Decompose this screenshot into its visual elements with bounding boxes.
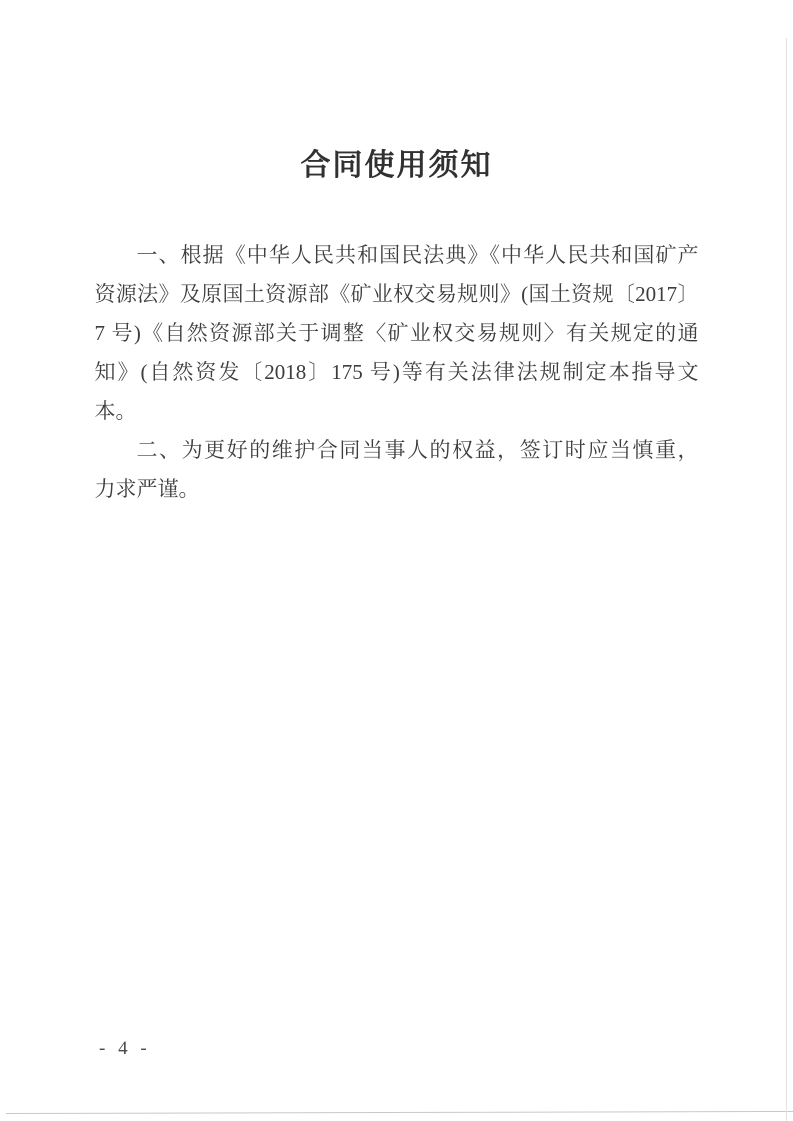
scan-edge-bottom [6, 1111, 793, 1114]
paragraph-line: 7 号)《自然资源部关于调整〈矿业权交易规则〉有关规定的通 [95, 314, 699, 353]
paragraph-line: 一、根据《中华人民共和国民法典》《中华人民共和国矿产 [95, 236, 699, 275]
paragraph-1: 一、根据《中华人民共和国民法典》《中华人民共和国矿产 资源法》及原国土资源部《矿… [95, 236, 699, 431]
paragraph-line: 本。 [95, 392, 699, 431]
document-body: 一、根据《中华人民共和国民法典》《中华人民共和国矿产 资源法》及原国土资源部《矿… [95, 236, 699, 509]
paragraph-line: 力求严谨。 [95, 470, 699, 509]
page-number: - 4 - [99, 1038, 151, 1060]
paragraph-line: 资源法》及原国土资源部《矿业权交易规则》(国土资规〔2017〕 [95, 275, 699, 314]
page-title: 合同使用须知 [0, 0, 793, 186]
scan-edge-right [786, 38, 787, 1121]
paragraph-2: 二、为更好的维护合同当事人的权益，签订时应当慎重， 力求严谨。 [95, 431, 699, 509]
paragraph-line: 二、为更好的维护合同当事人的权益，签订时应当慎重， [95, 431, 699, 470]
document-page: 合同使用须知 一、根据《中华人民共和国民法典》《中华人民共和国矿产 资源法》及原… [0, 0, 793, 1121]
paragraph-line: 知》(自然资发〔2018〕175 号)等有关法律法规制定本指导文 [95, 353, 699, 392]
